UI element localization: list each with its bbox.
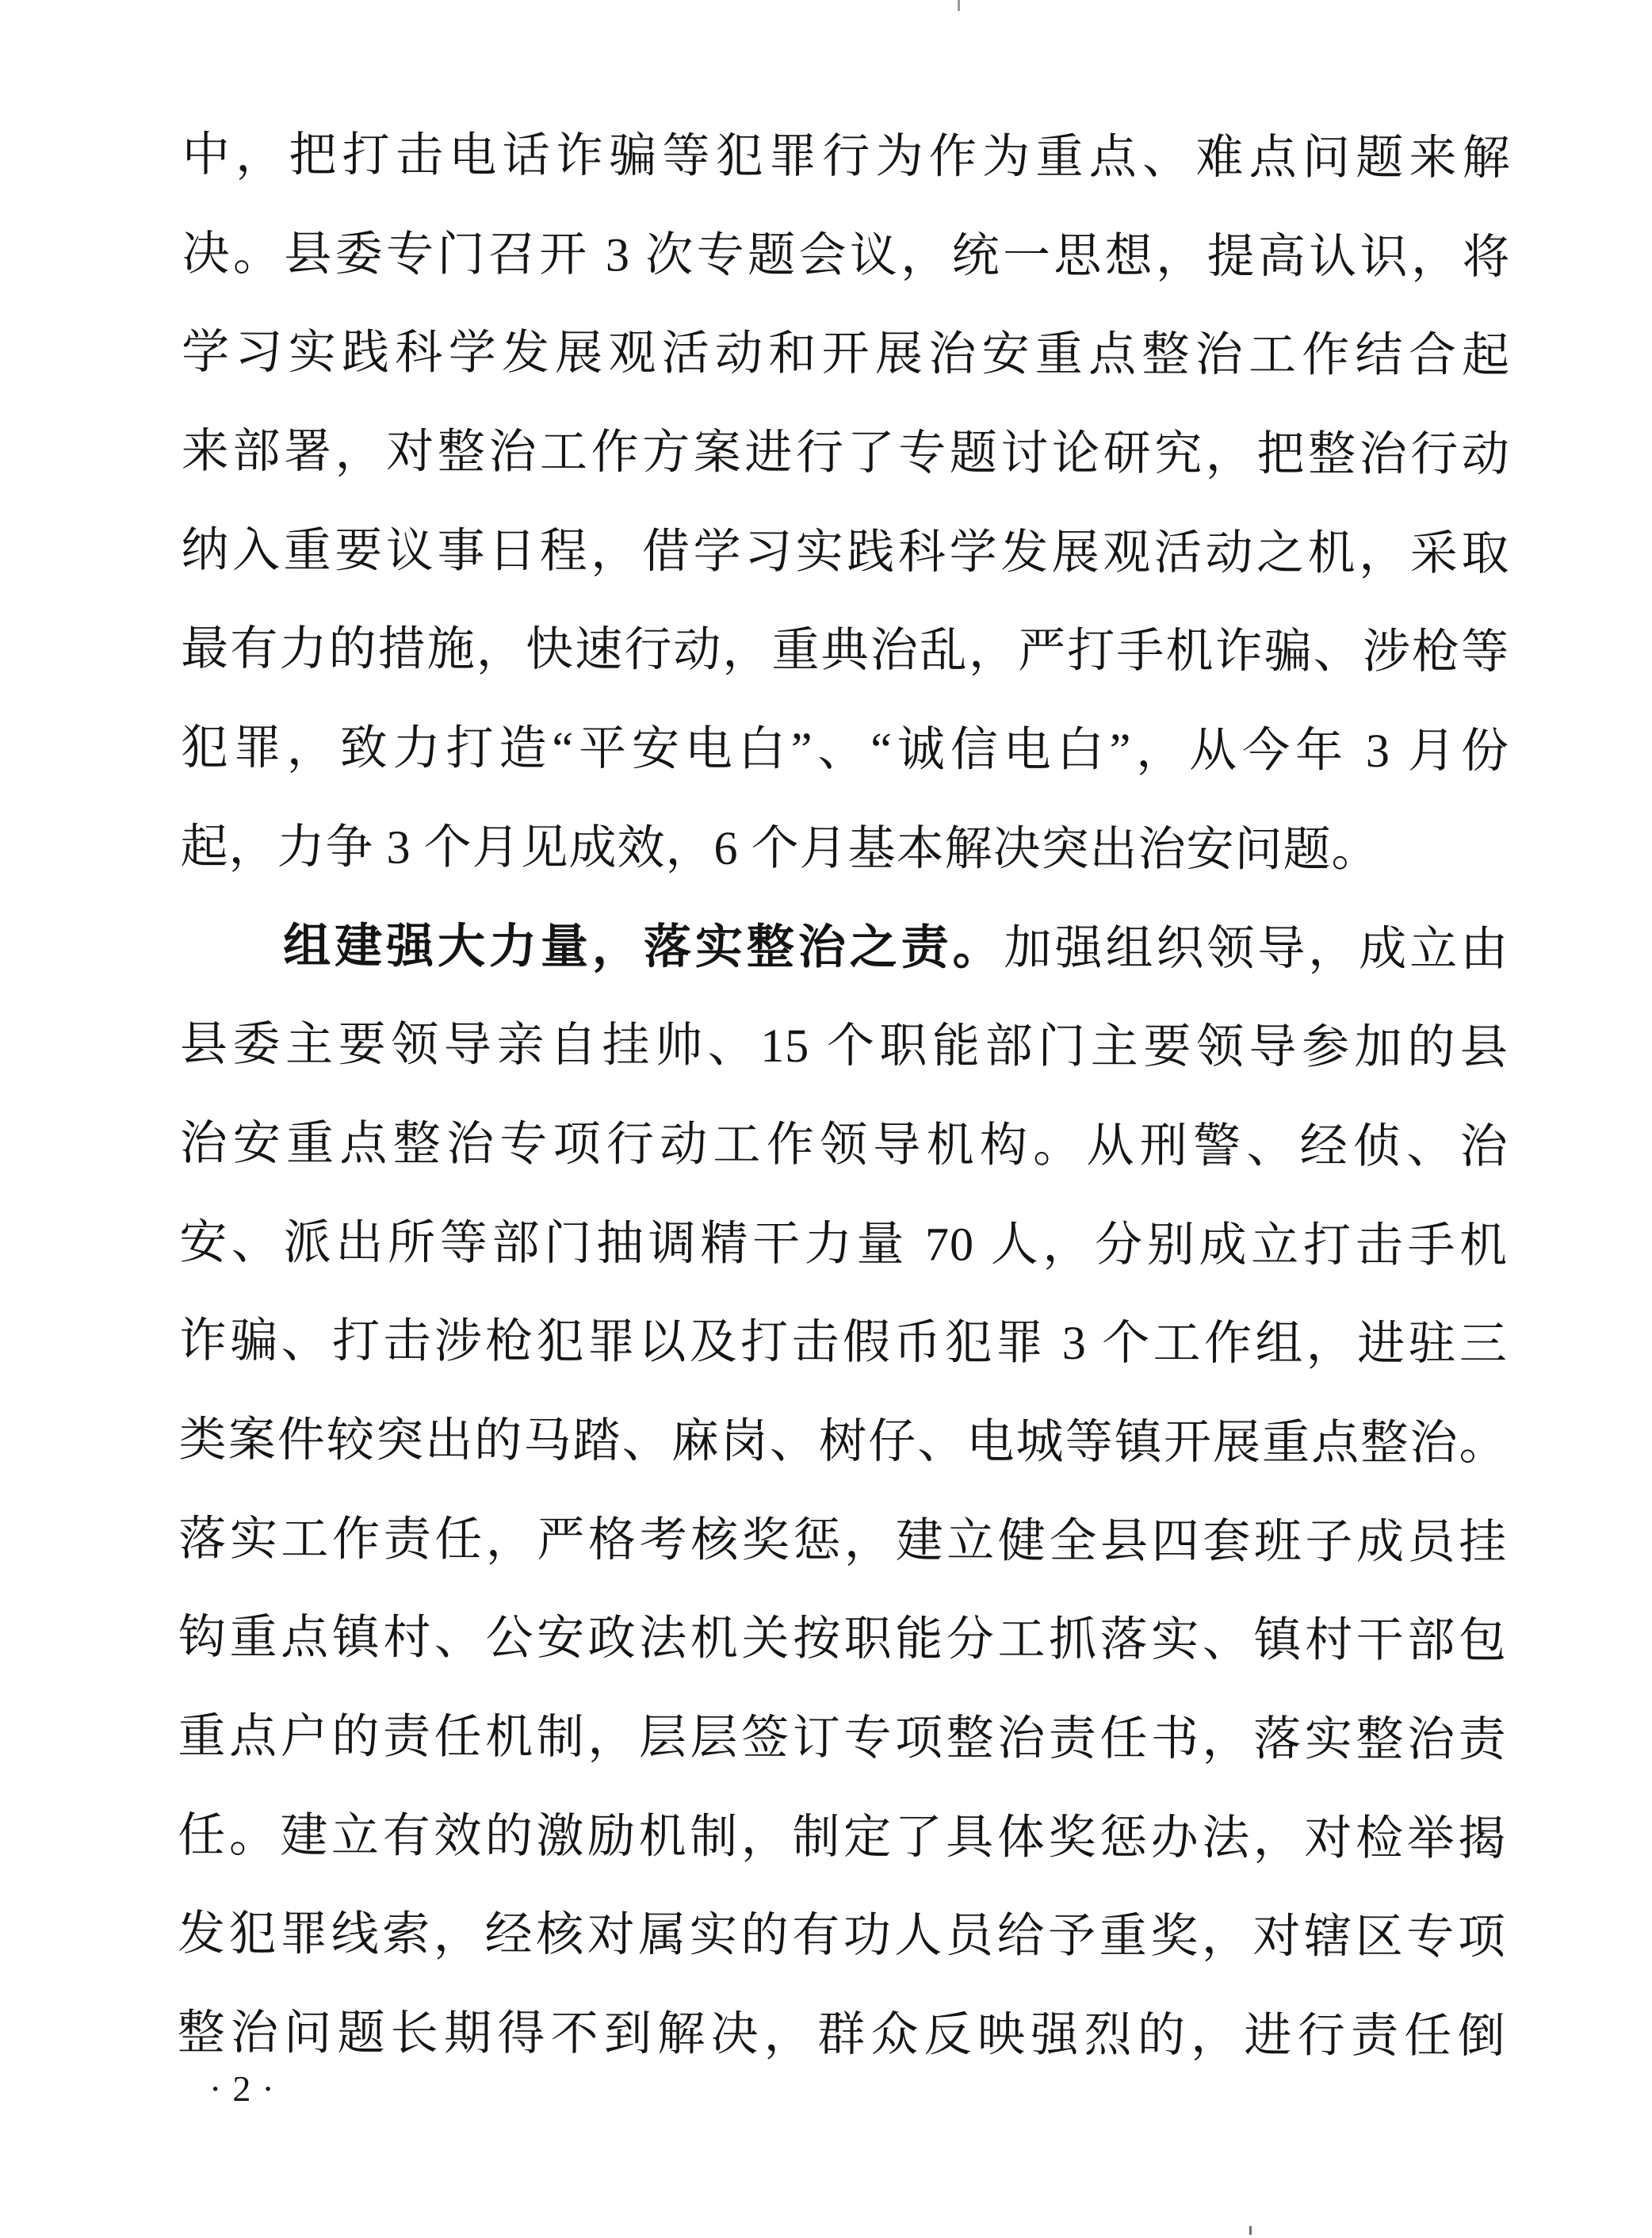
text-line: 犯罪，致力打造“平安电白”、“诚信电白”，从今年 3 月份 [181,698,1509,801]
scan-artifact-top-icon [958,0,960,11]
text-line: 治安重点整治专项行动工作领导机构。从刑警、经侦、治 [179,1094,1508,1196]
text-line: 最有力的措施，快速行动，重典治乱，严打手机诈骗、涉枪等 [181,599,1509,702]
text-line: 重点户的责任机制，层层签订专项整治责任书，落实整治责 [178,1687,1506,1789]
page-number: ·2· [209,2071,285,2107]
document-page: 中，把打击电话诈骗等犯罪行为作为重点、难点问题来解决。县委专门召开 3 次专题会… [0,0,1652,2238]
text-line: 决。县委专门召开 3 次专题会议，统一思想，提高认识，将 [182,205,1510,307]
paragraph-lead-bold: 组建强大力量，落实整治之责。 [283,919,1004,974]
text-line: 类案件较突出的马踏、麻岗、树仔、电城等镇开展重点整治。 [178,1391,1507,1493]
scan-artifact-bottom-icon [1249,2226,1252,2235]
text-line: 任。建立有效的激励机制，制定了具体奖惩办法，对检举揭 [178,1786,1506,1888]
text-line: 钩重点镇村、公安政法机关按职能分工抓落实、镇村干部包 [178,1588,1507,1690]
text-line: 县委主要领导亲自挂帅、15 个职能部门主要领导参加的县 [180,995,1509,1097]
text-line: 来部署，对整治工作方案进行了专题讨论研究，把整治行动 [182,402,1510,504]
text-line: 安、派出所等部门抽调精干力量 70 人，分别成立打击手机 [179,1193,1508,1295]
text-line: 纳入重要议事日程，借学习实践科学发展观活动之机，采取 [181,501,1509,603]
document-body: 中，把打击电话诈骗等犯罪行为作为重点、难点问题来解决。县委专门召开 3 次专题会… [177,105,1511,2086]
text-line: 学习实践科学发展观活动和开展治安重点整治工作结合起 [182,303,1510,405]
text-line: 整治问题长期得不到解决，群众反映强烈的，进行责任倒 [177,1984,1505,2086]
text-line: 落实工作责任，严格考核奖惩，建立健全县四套班子成员挂 [178,1490,1507,1592]
text-line: 发犯罪线索，经核对属实的有功人员给予重奖，对辖区专项 [178,1884,1506,1987]
text-line: 组建强大力量，落实整治之责。加强组织领导，成立由 [180,896,1509,998]
text-line: 起，力争 3 个月见成效，6 个月基本解决突出治安问题。 [180,798,1509,900]
text-line: 中，把打击电话诈骗等犯罪行为作为重点、难点问题来解 [182,105,1511,208]
text-line: 诈骗、打击涉枪犯罪以及打击假币犯罪 3 个工作组，进驻三 [179,1291,1508,1394]
